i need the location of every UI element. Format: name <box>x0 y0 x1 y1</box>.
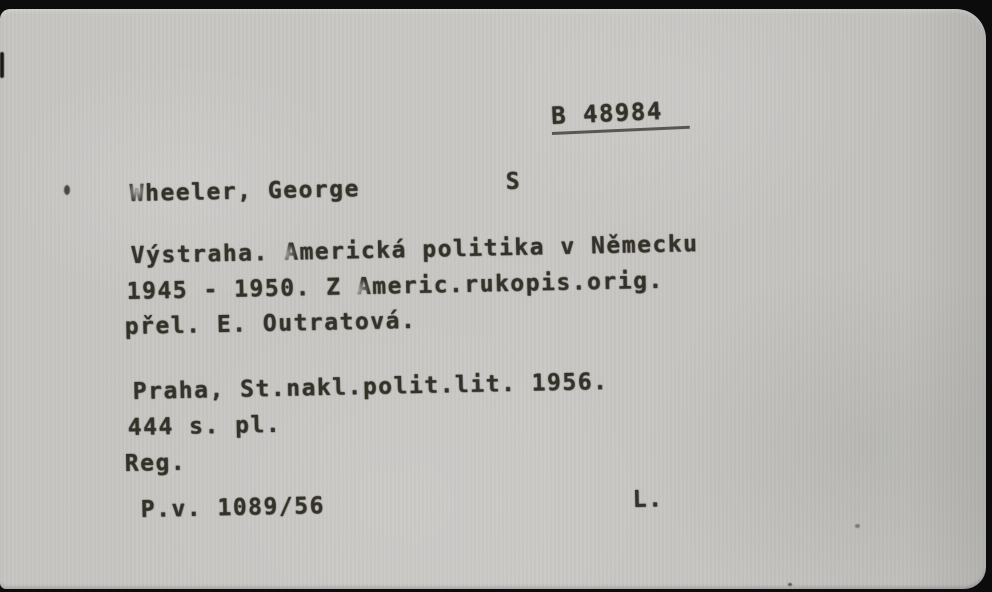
ink-speck <box>855 524 860 528</box>
author-heading: Wheeler, George <box>129 176 360 207</box>
note-line: Reg. <box>124 450 186 477</box>
letter-mark: L. <box>632 486 663 513</box>
format-letter: S <box>505 169 521 195</box>
call-number: B 48984 <box>551 96 690 135</box>
collation-line: 444 s. pl. <box>127 412 281 441</box>
ink-speck <box>788 583 792 586</box>
ink-speck <box>64 185 70 195</box>
record-number: P.v. 1089/56 <box>140 493 325 523</box>
catalog-card-scan: B 48984 Wheeler, George S Výstraha. Amer… <box>0 0 992 592</box>
scan-smudge <box>0 52 4 78</box>
